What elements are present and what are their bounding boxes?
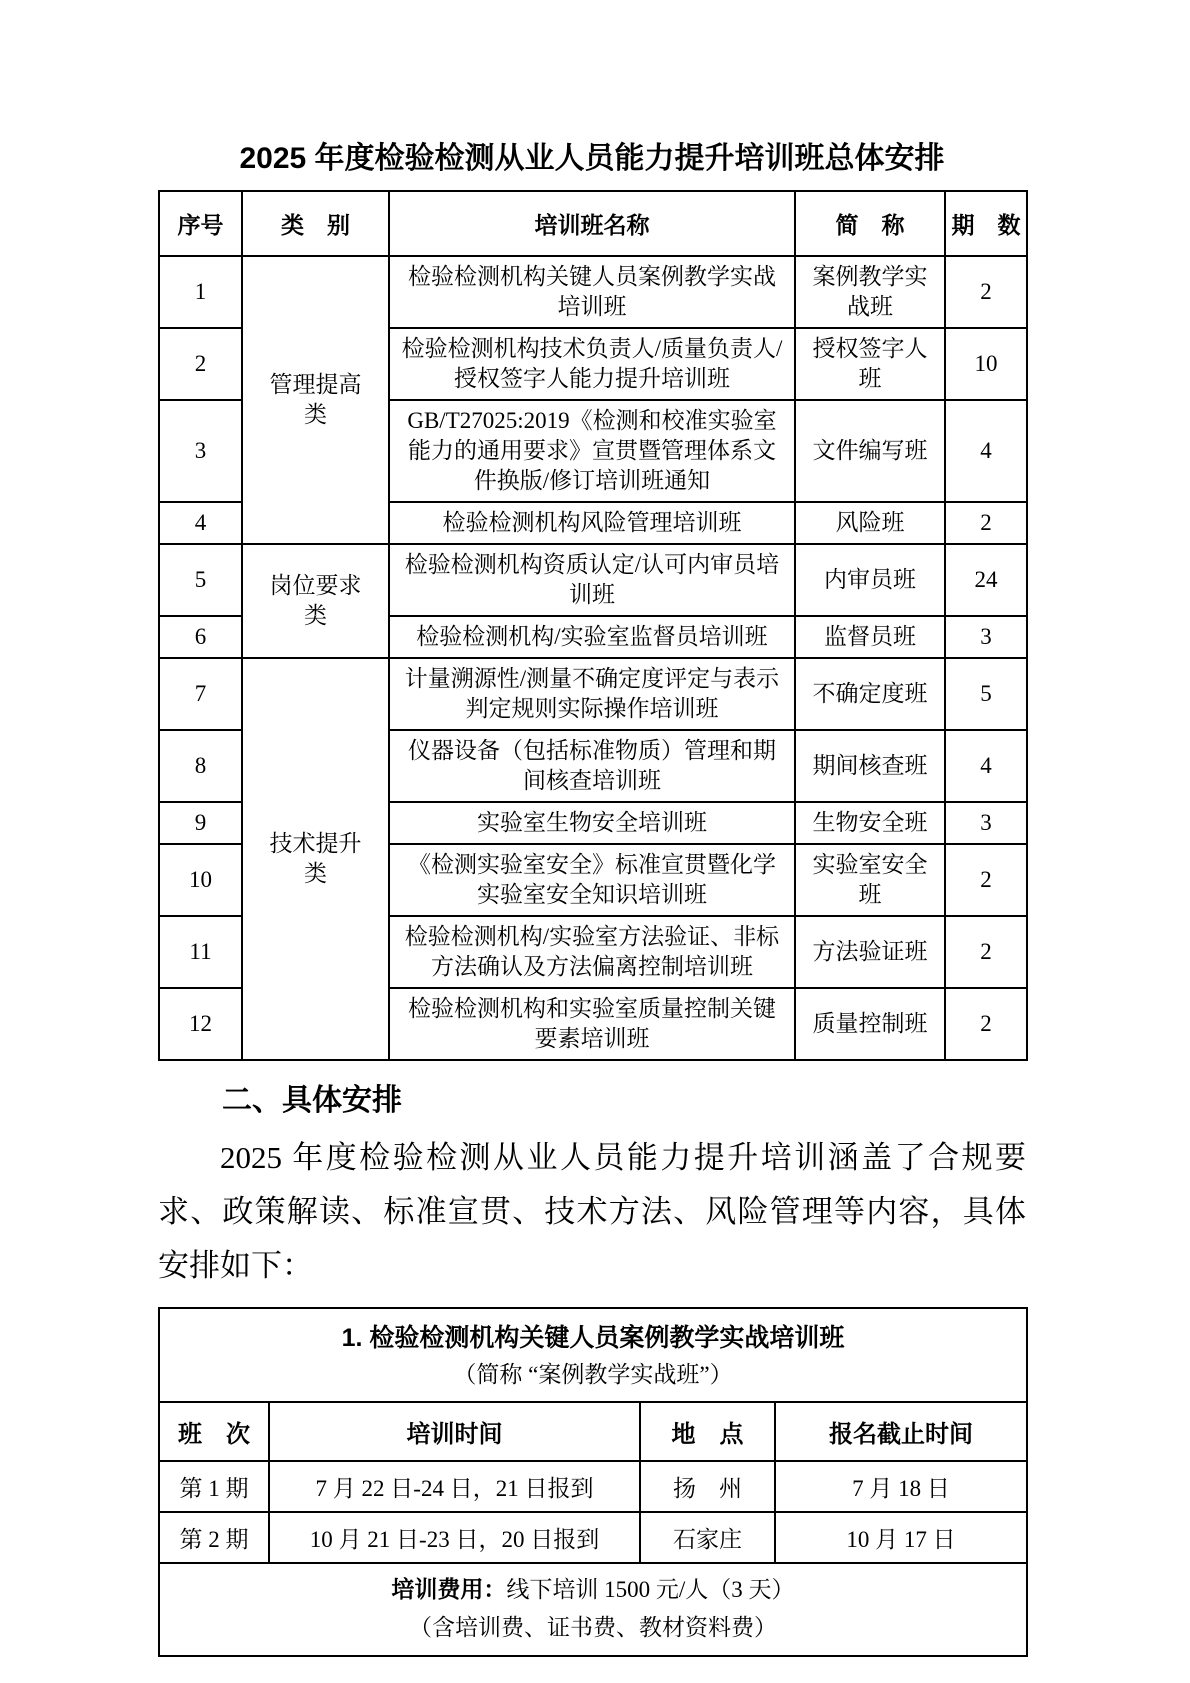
table-row: 5 岗位要求类 检验检测机构资质认定/认可内审员培训班 内审员班 24 bbox=[159, 544, 1027, 616]
paragraph-line: 安排如下： bbox=[158, 1239, 1026, 1293]
short-name-cell: 期间核查班 bbox=[795, 730, 945, 802]
serial-cell: 10 bbox=[159, 844, 242, 916]
page-title: 2025 年度检验检测从业人员能力提升培训班总体安排 bbox=[158, 138, 1026, 180]
detail-title-row: 1. 检验检测机构关键人员案例教学实战培训班 （简称 “案例教学实战班”） bbox=[159, 1308, 1027, 1402]
fee-label: 培训费用： bbox=[391, 1576, 506, 1602]
column-header-deadline: 报名截止时间 bbox=[775, 1402, 1027, 1461]
fee-row: 培训费用：线下培训 1500 元/人（3 天） （含培训费、证书费、教材资料费） bbox=[159, 1563, 1027, 1656]
name-cell: GB/T27025:2019《检测和校准实验室能力的通用要求》宣贯暨管理体系文件… bbox=[389, 400, 795, 502]
column-header-sessions: 期 数 bbox=[945, 191, 1027, 256]
column-header-time: 培训时间 bbox=[269, 1402, 640, 1461]
sessions-cell: 24 bbox=[945, 544, 1027, 616]
column-header-name: 培训班名称 bbox=[389, 191, 795, 256]
short-name-cell: 方法验证班 bbox=[795, 916, 945, 988]
serial-cell: 4 bbox=[159, 502, 242, 544]
table-row: 1 管理提高类 检验检测机构关键人员案例教学实战培训班 案例教学实战班 2 bbox=[159, 256, 1027, 328]
serial-cell: 2 bbox=[159, 328, 242, 400]
document-content: 2025 年度检验检测从业人员能力提升培训班总体安排 序号 类 别 培训班名称 … bbox=[158, 138, 1026, 1657]
sessions-cell: 10 bbox=[945, 328, 1027, 400]
sessions-cell: 3 bbox=[945, 616, 1027, 658]
sessions-cell: 4 bbox=[945, 400, 1027, 502]
overview-header-row: 序号 类 别 培训班名称 简 称 期 数 bbox=[159, 191, 1027, 256]
serial-cell: 1 bbox=[159, 256, 242, 328]
short-name-cell: 文件编写班 bbox=[795, 400, 945, 502]
detail-table: 1. 检验检测机构关键人员案例教学实战培训班 （简称 “案例教学实战班”） 班 … bbox=[158, 1307, 1028, 1657]
deadline-cell: 10 月 17 日 bbox=[775, 1512, 1027, 1563]
column-header-category: 类 别 bbox=[242, 191, 389, 256]
sessions-cell: 2 bbox=[945, 916, 1027, 988]
column-header-no: 序号 bbox=[159, 191, 242, 256]
column-header-short: 简 称 bbox=[795, 191, 945, 256]
serial-cell: 9 bbox=[159, 802, 242, 844]
section-heading: 二、具体安排 bbox=[222, 1079, 1026, 1123]
serial-cell: 6 bbox=[159, 616, 242, 658]
detail-table-title: 1. 检验检测机构关键人员案例教学实战培训班 bbox=[166, 1319, 1020, 1357]
short-name-cell: 不确定度班 bbox=[795, 658, 945, 730]
table-row: 7 技术提升类 计量溯源性/测量不确定度评定与表示判定规则实际操作培训班 不确定… bbox=[159, 658, 1027, 730]
serial-cell: 5 bbox=[159, 544, 242, 616]
name-cell: 检验检测机构资质认定/认可内审员培训班 bbox=[389, 544, 795, 616]
serial-cell: 7 bbox=[159, 658, 242, 730]
detail-header-row: 班 次 培训时间 地 点 报名截止时间 bbox=[159, 1402, 1027, 1461]
name-cell: 《检测实验室安全》标准宣贯暨化学实验室安全知识培训班 bbox=[389, 844, 795, 916]
sessions-cell: 3 bbox=[945, 802, 1027, 844]
fee-cell: 培训费用：线下培训 1500 元/人（3 天） （含培训费、证书费、教材资料费） bbox=[159, 1563, 1027, 1656]
category-label: 技术提升类 bbox=[266, 829, 365, 889]
short-name-cell: 生物安全班 bbox=[795, 802, 945, 844]
category-cell: 管理提高类 bbox=[242, 256, 389, 544]
location-cell: 扬 州 bbox=[640, 1461, 775, 1512]
serial-cell: 3 bbox=[159, 400, 242, 502]
location-cell: 石家庄 bbox=[640, 1512, 775, 1563]
category-label: 管理提高类 bbox=[266, 370, 365, 430]
name-cell: 计量溯源性/测量不确定度评定与表示判定规则实际操作培训班 bbox=[389, 658, 795, 730]
time-cell: 7 月 22 日-24 日，21 日报到 bbox=[269, 1461, 640, 1512]
overview-table: 序号 类 别 培训班名称 简 称 期 数 1 管理提高类 检验检测机构关键人员案… bbox=[158, 190, 1028, 1061]
column-header-session: 班 次 bbox=[159, 1402, 269, 1461]
serial-cell: 8 bbox=[159, 730, 242, 802]
serial-cell: 11 bbox=[159, 916, 242, 988]
paragraph-line: 2025 年度检验检测从业人员能力提升培训涵盖了合规要 bbox=[158, 1131, 1026, 1185]
session-cell: 第 2 期 bbox=[159, 1512, 269, 1563]
sessions-cell: 4 bbox=[945, 730, 1027, 802]
fee-note: （含培训费、证书费、教材资料费） bbox=[164, 1609, 1022, 1647]
deadline-cell: 7 月 18 日 bbox=[775, 1461, 1027, 1512]
serial-cell: 12 bbox=[159, 988, 242, 1060]
sessions-cell: 5 bbox=[945, 658, 1027, 730]
name-cell: 实验室生物安全培训班 bbox=[389, 802, 795, 844]
short-name-cell: 授权签字人班 bbox=[795, 328, 945, 400]
short-name-cell: 监督员班 bbox=[795, 616, 945, 658]
table-row: 第 1 期 7 月 22 日-24 日，21 日报到 扬 州 7 月 18 日 bbox=[159, 1461, 1027, 1512]
category-label: 岗位要求类 bbox=[266, 571, 365, 631]
name-cell: 检验检测机构风险管理培训班 bbox=[389, 502, 795, 544]
paragraph-line: 求、政策解读、标准宣贯、技术方法、风险管理等内容，具体 bbox=[158, 1185, 1026, 1239]
session-cell: 第 1 期 bbox=[159, 1461, 269, 1512]
name-cell: 仪器设备（包括标准物质）管理和期间核查培训班 bbox=[389, 730, 795, 802]
column-header-location: 地 点 bbox=[640, 1402, 775, 1461]
name-cell: 检验检测机构/实验室监督员培训班 bbox=[389, 616, 795, 658]
short-name-cell: 质量控制班 bbox=[795, 988, 945, 1060]
name-cell: 检验检测机构关键人员案例教学实战培训班 bbox=[389, 256, 795, 328]
table-row: 第 2 期 10 月 21 日-23 日，20 日报到 石家庄 10 月 17 … bbox=[159, 1512, 1027, 1563]
time-cell: 10 月 21 日-23 日，20 日报到 bbox=[269, 1512, 640, 1563]
name-cell: 检验检测机构/实验室方法验证、非标方法确认及方法偏离控制培训班 bbox=[389, 916, 795, 988]
name-cell: 检验检测机构和实验室质量控制关键要素培训班 bbox=[389, 988, 795, 1060]
sessions-cell: 2 bbox=[945, 844, 1027, 916]
sessions-cell: 2 bbox=[945, 502, 1027, 544]
fee-line: 培训费用：线下培训 1500 元/人（3 天） bbox=[164, 1570, 1022, 1609]
short-name-cell: 实验室安全班 bbox=[795, 844, 945, 916]
document-page: 2025 年度检验检测从业人员能力提升培训班总体安排 序号 类 别 培训班名称 … bbox=[0, 0, 1190, 1683]
category-cell: 技术提升类 bbox=[242, 658, 389, 1060]
sessions-cell: 2 bbox=[945, 256, 1027, 328]
short-name-cell: 风险班 bbox=[795, 502, 945, 544]
category-cell: 岗位要求类 bbox=[242, 544, 389, 658]
fee-text: 线下培训 1500 元/人（3 天） bbox=[506, 1577, 794, 1602]
detail-table-subtitle: （简称 “案例教学实战班”） bbox=[166, 1357, 1020, 1393]
short-name-cell: 内审员班 bbox=[795, 544, 945, 616]
sessions-cell: 2 bbox=[945, 988, 1027, 1060]
intro-paragraph: 2025 年度检验检测从业人员能力提升培训涵盖了合规要 求、政策解读、标准宣贯、… bbox=[158, 1131, 1026, 1293]
detail-title-cell: 1. 检验检测机构关键人员案例教学实战培训班 （简称 “案例教学实战班”） bbox=[159, 1308, 1027, 1402]
name-cell: 检验检测机构技术负责人/质量负责人/授权签字人能力提升培训班 bbox=[389, 328, 795, 400]
short-name-cell: 案例教学实战班 bbox=[795, 256, 945, 328]
